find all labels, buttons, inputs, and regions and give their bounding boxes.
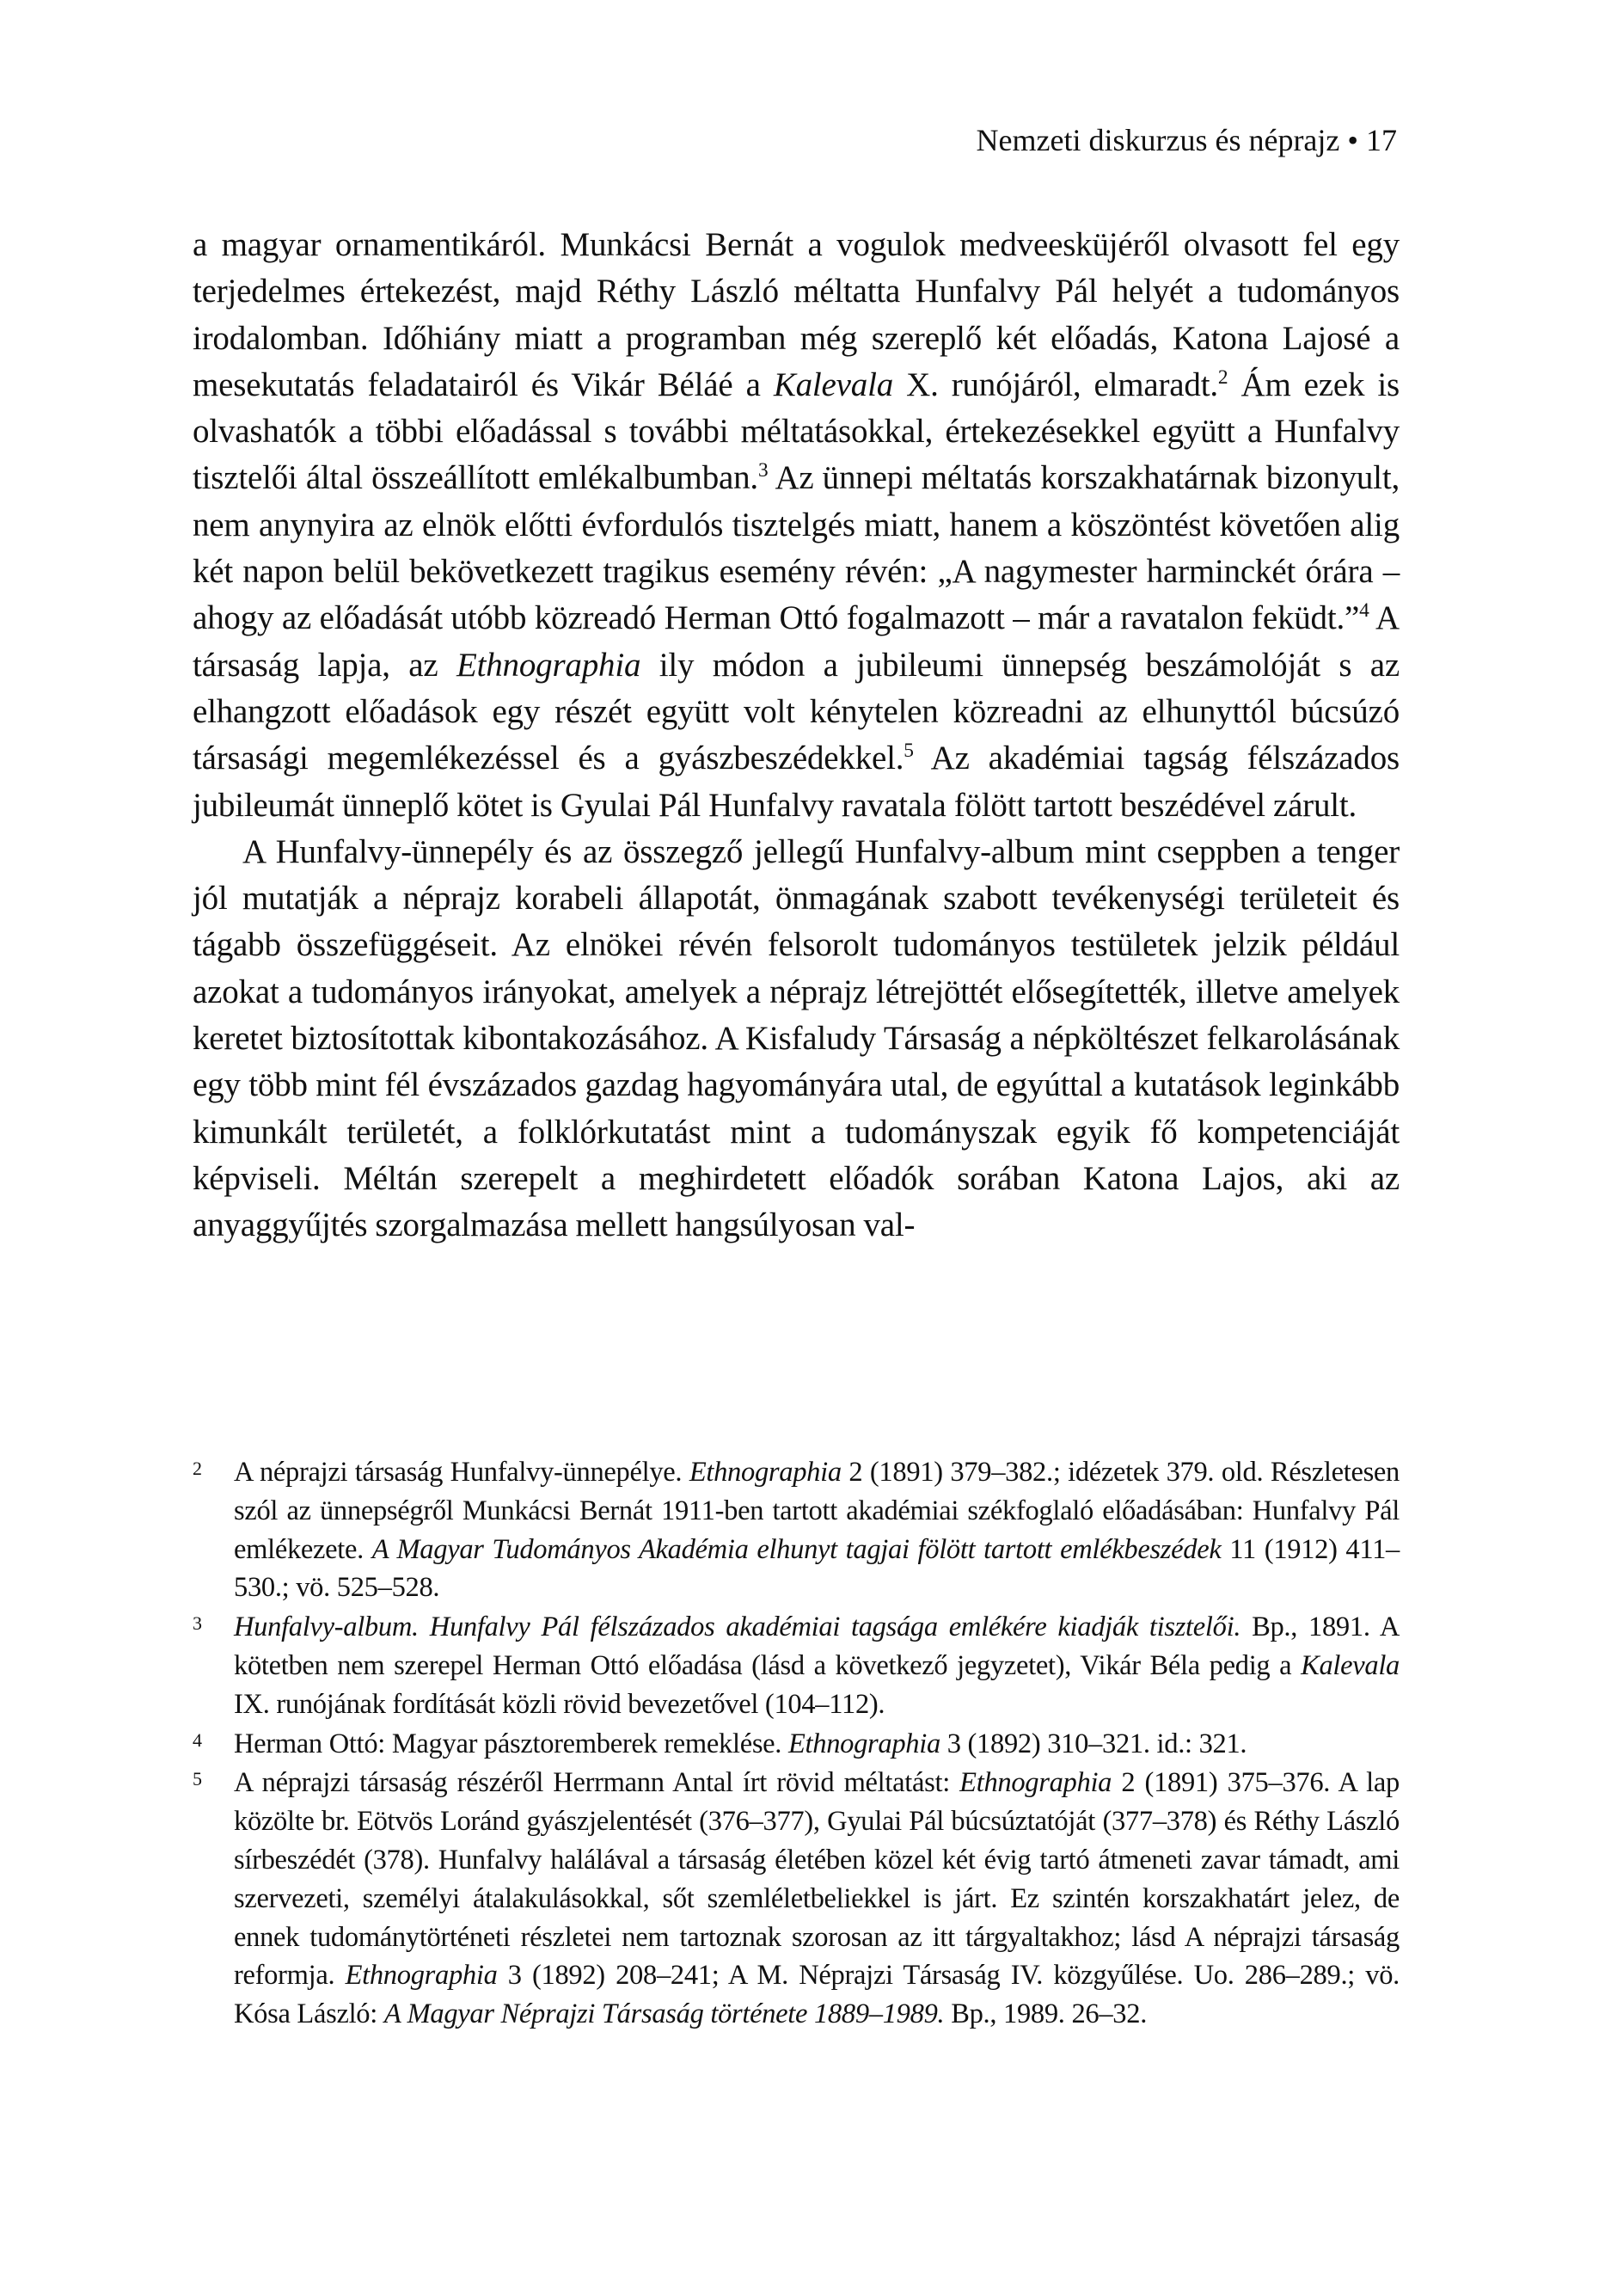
text-run: A néprajzi társaság részéről Herrmann An… (234, 1767, 959, 1798)
italic-text: Ethnographia (456, 647, 640, 684)
text-run: A néprajzi társaság Hunfalvy-ünnepélye. (234, 1457, 689, 1488)
running-head: Nemzeti diskurzus és néprajz • 17 (977, 120, 1397, 160)
running-head-title: Nemzeti diskurzus és néprajz (977, 123, 1340, 157)
footnote-reference[interactable]: 5 (904, 740, 914, 762)
footnote: 3Hunfalvy-album. Hunfalvy Pál félszázado… (193, 1608, 1400, 1723)
bullet-separator-icon: • (1347, 123, 1358, 157)
footnotes: 2A néprajzi társaság Hunfalvy-ünnepélye.… (193, 1453, 1400, 2035)
text-run: 3 (1892) 310–321. id.: 321. (940, 1728, 1247, 1759)
paragraph: a magyar ornamentikáról. Munkácsi Bernát… (193, 222, 1400, 829)
text-run: X. runójáról, elmaradt. (893, 366, 1218, 403)
italic-text: Kale­vala (774, 366, 893, 403)
italic-text: A Magyar Tudományos Akadémia elhunyt tag… (372, 1534, 1222, 1565)
text-run: IX. runójának fordítását közli rövid bev… (234, 1689, 885, 1720)
text-run: Herman Ottó: Magyar pásztoremberek remek… (234, 1728, 788, 1759)
text-run: 2 (1891) 375–376. A lap közölte br. Eötv… (234, 1767, 1400, 1991)
italic-text: Hunfalvy-album. Hunfalvy Pál félszázados… (234, 1611, 1241, 1642)
page-number: 17 (1366, 123, 1397, 157)
footnote-reference[interactable]: 4 (1359, 599, 1369, 622)
italic-text: Ethnographia (346, 1960, 498, 1991)
paragraph: A Hunfalvy-ünnepély és az összegző jelle… (193, 829, 1400, 1249)
footnote-number: 2 (193, 1450, 202, 1489)
italic-text: Kalevala (1301, 1650, 1400, 1681)
italic-text: A Magyar Néprajzi Társaság története 188… (384, 1998, 945, 2029)
footnote-number: 3 (193, 1605, 202, 1643)
italic-text: Ethnographia (959, 1767, 1112, 1798)
footnote: 5A néprajzi társaság részéről Herrmann A… (193, 1764, 1400, 2034)
footnote-reference[interactable]: 2 (1218, 366, 1228, 389)
footnote: 2A néprajzi társaság Hunfalvy-ünnepélye.… (193, 1453, 1400, 1607)
footnote-reference[interactable]: 3 (758, 459, 769, 482)
text-run: Bp., 1989. 26–32. (944, 1998, 1147, 2029)
text-run: A Hunfalvy-ünnepély és az összegző jelle… (193, 833, 1400, 1243)
italic-text: Ethnographia (689, 1457, 842, 1488)
main-text: a magyar ornamentikáról. Munkácsi Bernát… (193, 222, 1400, 1249)
footnote-number: 4 (193, 1722, 202, 1760)
footnote: 4Herman Ottó: Magyar pásztoremberek reme… (193, 1725, 1400, 1764)
footnote-number: 5 (193, 1760, 202, 1799)
italic-text: Ethnographia (788, 1728, 940, 1759)
